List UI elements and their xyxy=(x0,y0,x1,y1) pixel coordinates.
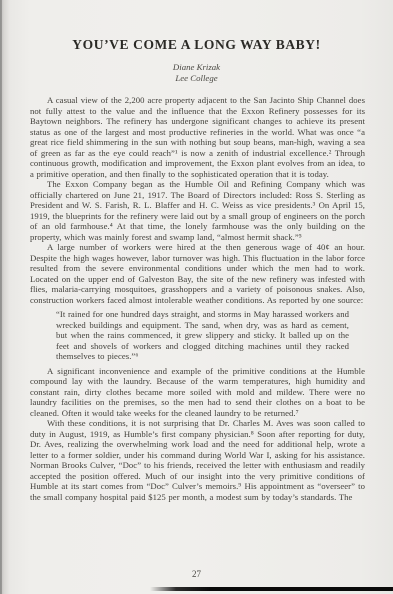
article-body: A casual view of the 2,200 acre property… xyxy=(30,95,365,502)
body-paragraph-3: A large number of workers were hired at … xyxy=(30,242,365,305)
body-paragraph-5: With these conditions, it is not surpris… xyxy=(30,418,365,502)
page-content: YOU’VE COME A LONG WAY BABY! Diane Kriza… xyxy=(0,0,393,594)
body-paragraph-4: A significant inconvenience and example … xyxy=(30,366,365,419)
scan-edge-artifact xyxy=(150,587,393,592)
author-affiliation: Lee College xyxy=(0,73,393,84)
source-blockquote: “It rained for one hundred days straight… xyxy=(56,309,349,362)
article-title: YOU’VE COME A LONG WAY BABY! xyxy=(20,37,373,53)
byline: Diane Krizak Lee College xyxy=(0,62,393,84)
page-number: 27 xyxy=(0,569,393,579)
body-paragraph-2: The Exxon Company began as the Humble Oi… xyxy=(30,179,365,242)
scanned-document-page: YOU’VE COME A LONG WAY BABY! Diane Kriza… xyxy=(0,0,393,594)
body-paragraph-1: A casual view of the 2,200 acre property… xyxy=(30,95,365,179)
author-name: Diane Krizak xyxy=(0,62,393,73)
